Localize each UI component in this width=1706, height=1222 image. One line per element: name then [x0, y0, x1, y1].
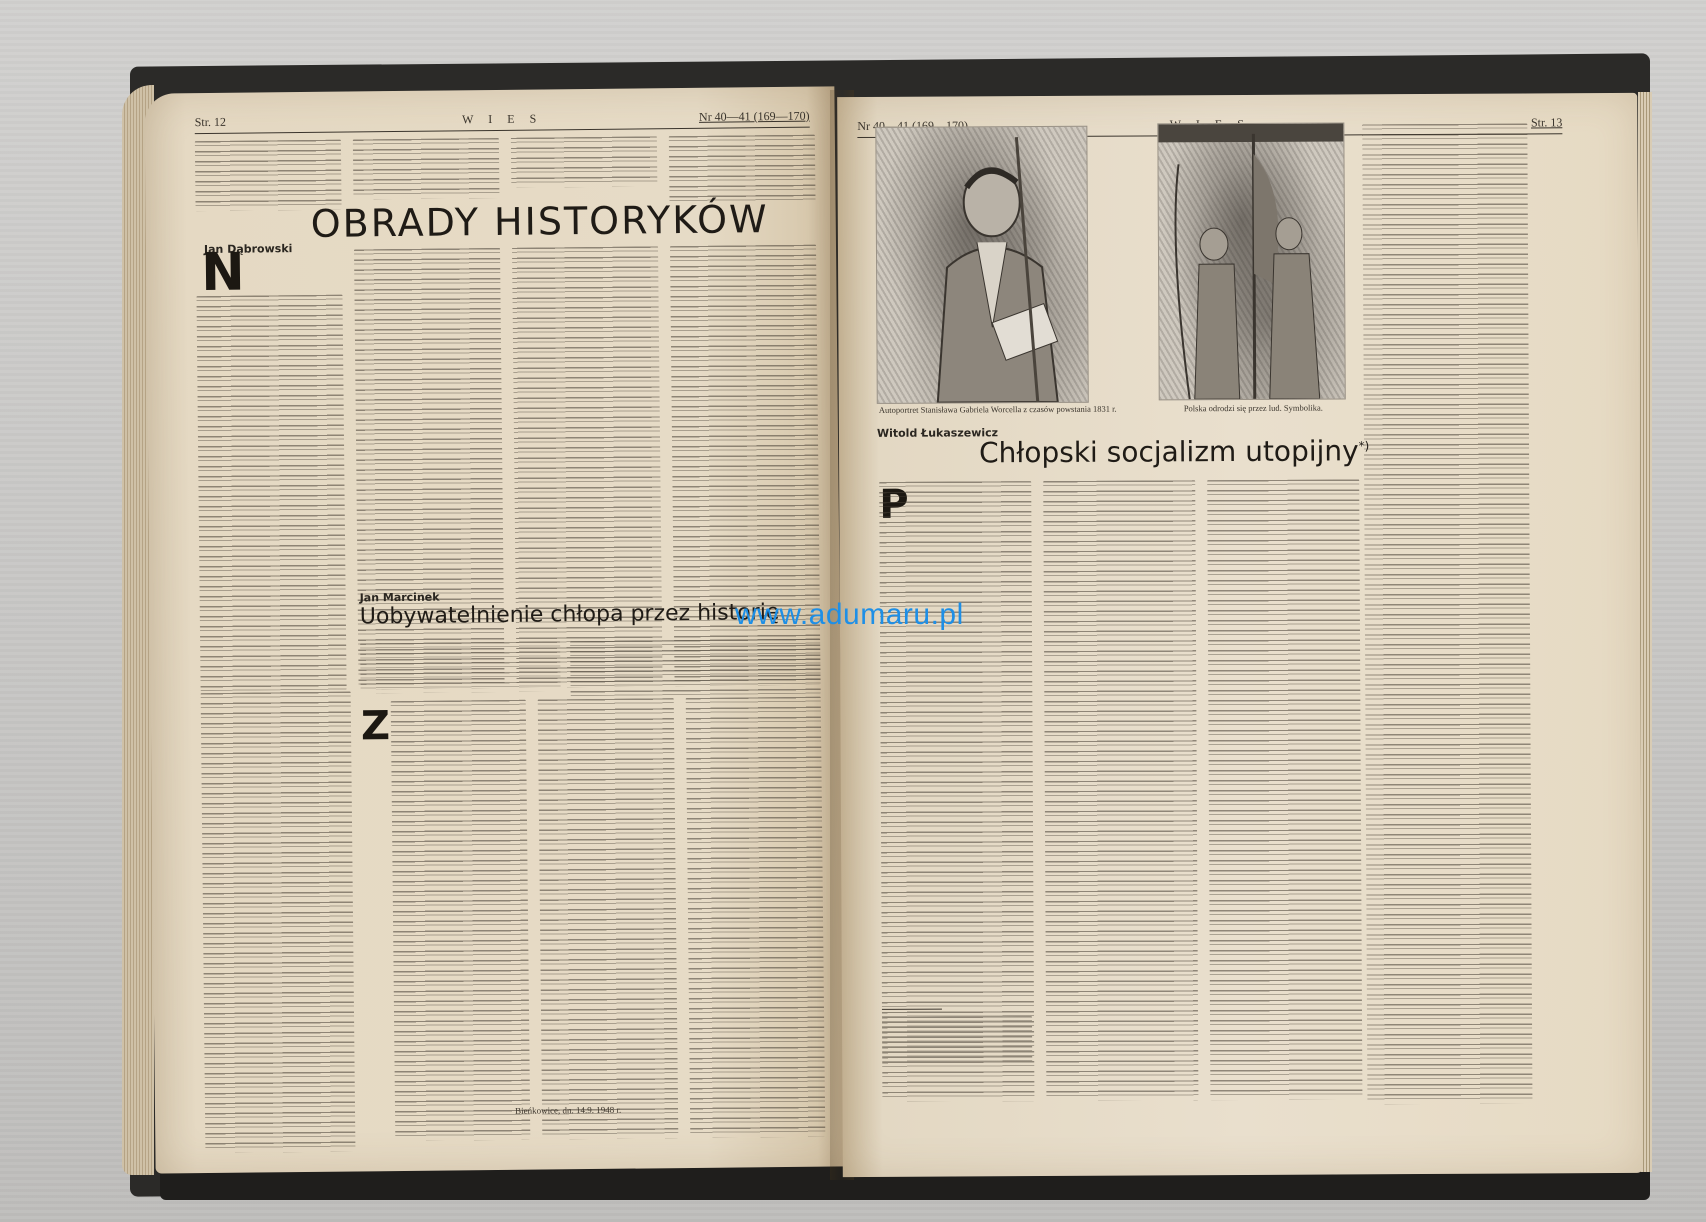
text-column	[669, 135, 816, 203]
portrait-illustration	[875, 126, 1088, 404]
text-column	[196, 295, 346, 692]
text-column	[391, 700, 531, 1141]
page-header: Str. 12 W I E S Nr 40—41 (169—170)	[195, 105, 810, 134]
page-number: Str. 12	[195, 115, 226, 130]
flag-bearers-drawing-icon	[1158, 123, 1344, 399]
author-note	[360, 641, 561, 693]
article-title: Uobywatelnienie chłopa przez historię	[360, 600, 780, 629]
article-title: OBRADY HISTORYKÓW	[311, 197, 769, 246]
text-column	[570, 639, 821, 697]
symbolic-illustration	[1157, 122, 1345, 400]
publication-title: W I E S	[462, 111, 542, 127]
watermark-link[interactable]: www.adumaru.pl	[735, 598, 964, 632]
footnote	[882, 1016, 1032, 1063]
article-title: Chłopski socjalizm utopijny*)	[979, 434, 1369, 469]
signoff: Bieńkowice, dn. 14.9. 1948 r.	[515, 1105, 621, 1116]
article-body	[879, 479, 1362, 1102]
text-column	[538, 698, 678, 1139]
illustration-caption: Polska odrodzi się przez lud. Symbolika.	[1184, 403, 1323, 414]
article-author: Jan Marcinek	[360, 591, 440, 605]
text-column	[1362, 123, 1532, 1104]
right-page: Nr 40—41 (169—170) W I E S Str. 13 Autop…	[837, 93, 1643, 1177]
article-title-text: Chłopski socjalizm utopijny	[979, 434, 1359, 469]
page-number: Str. 13	[1531, 115, 1562, 130]
article-body	[570, 639, 821, 697]
portrait-drawing-icon	[876, 127, 1087, 403]
issue-number: Nr 40—41 (169—170)	[699, 109, 810, 125]
article-body-continued	[201, 692, 356, 1154]
text-column	[511, 136, 658, 188]
footnote-marker: *)	[1359, 439, 1370, 453]
text-column	[353, 138, 500, 200]
article-body	[361, 697, 826, 1142]
article-body	[1362, 123, 1532, 1104]
illustration-caption: Autoportret Stanisława Gabriela Worcella…	[879, 404, 1117, 415]
text-column	[195, 140, 342, 212]
text-column	[1043, 480, 1198, 1101]
text-column	[201, 692, 356, 1154]
intro-note	[360, 641, 561, 693]
footnote-text	[882, 1016, 1032, 1063]
text-column	[1207, 479, 1362, 1100]
text-column	[685, 697, 825, 1138]
